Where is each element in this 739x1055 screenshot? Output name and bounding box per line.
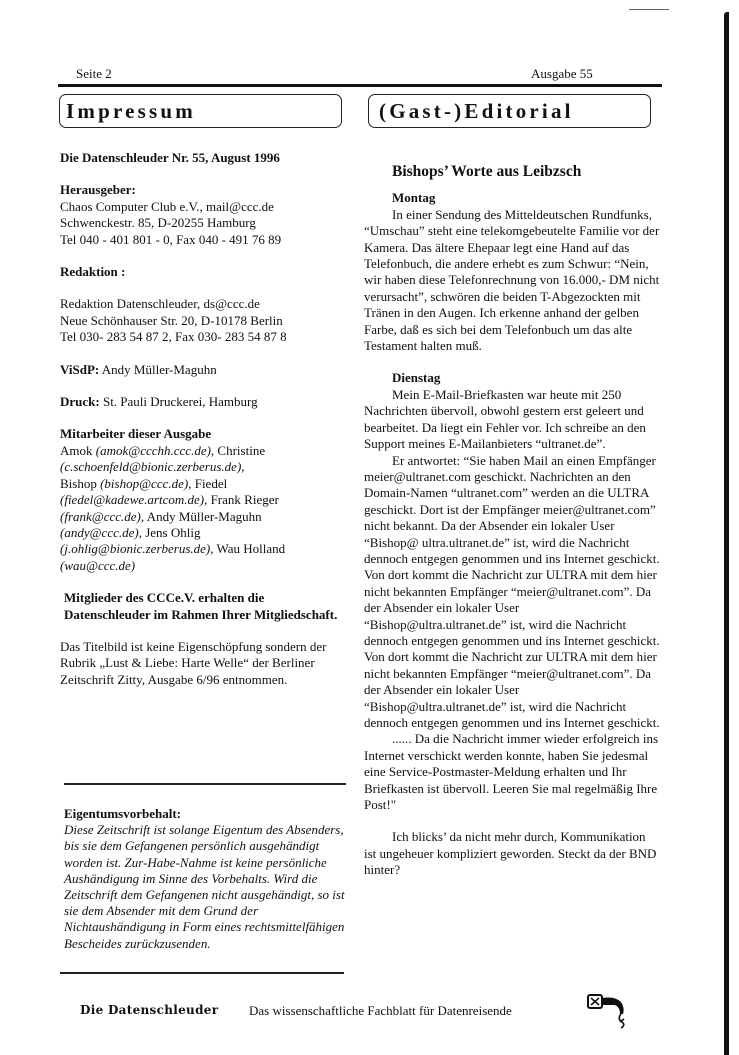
mitglieder-note: Mitglieder des CCCe.V. erhalten die Date…	[60, 590, 349, 623]
dienstag-paragraph: Er antwortet: “Sie haben Mail an einen E…	[364, 453, 660, 732]
druck-value: St. Pauli Druckerei, Hamburg	[100, 394, 258, 409]
contributor-name: Christine	[217, 443, 265, 458]
mitarbeiter-label: Mitarbeiter dieser Ausgabe	[60, 426, 350, 442]
issue-line: Die Datenschleuder Nr. 55, August 1996	[60, 150, 350, 166]
montag-heading: Montag	[392, 190, 660, 206]
editorial-title-box: (Gast-)Editorial	[368, 94, 651, 128]
contributor-name: Frank Rieger	[211, 492, 279, 507]
contributor-name: Andy Müller-Maguhn	[147, 509, 262, 524]
article-title: Bishops’ Worte aus Leibzsch	[392, 164, 660, 180]
contributor-name: Amok	[60, 443, 96, 458]
dienstag-paragraph: ...... Da die Nachricht immer wieder erf…	[364, 731, 660, 813]
contributor-email[interactable]: (wau@ccc.de)	[60, 558, 135, 573]
visdp-label: ViSdP:	[60, 362, 99, 377]
contributor-name: Fiedel	[195, 476, 228, 491]
contributor-name: Bishop	[60, 476, 100, 491]
dienstag-paragraph: Mein E-Mail-Briefkasten war heute mit 25…	[364, 387, 660, 453]
contributor-email[interactable]: (frank@ccc.de)	[60, 509, 141, 524]
contributor-email[interactable]: (andy@ccc.de)	[60, 525, 139, 540]
dienstag-heading: Dienstag	[392, 370, 660, 386]
divider-rule	[64, 783, 346, 785]
editorial-column: Bishops’ Worte aus Leibzsch Montag In ei…	[364, 150, 660, 879]
eigentum-text: Diese Zeitschrift ist solange Eigentum d…	[64, 822, 348, 952]
footer-logo: Die Datenschleuder	[80, 1003, 218, 1017]
visdp-value: Andy Müller-Maguhn	[99, 362, 216, 377]
herausgeber-label: Herausgeber:	[60, 182, 350, 198]
footer-tagline: Das wissenschaftliche Fachblatt für Date…	[249, 1003, 512, 1019]
mitarbeiter-list: Amok (amok@ccchh.ccc.de), Christine (c.s…	[60, 443, 330, 574]
eigentum-label: Eigentumsvorbehalt:	[64, 806, 348, 822]
druck-line: Druck: St. Pauli Druckerei, Hamburg	[60, 394, 350, 410]
header-rule	[58, 84, 662, 87]
herausgeber-line: Tel 040 - 401 801 - 0, Fax 040 - 491 76 …	[60, 232, 350, 248]
issue-number: Ausgabe 55	[531, 66, 593, 82]
scan-mark	[629, 9, 669, 10]
impressum-column: Die Datenschleuder Nr. 55, August 1996 H…	[60, 150, 350, 688]
contributor-name: Jens Ohlig	[145, 525, 200, 540]
contributor-email[interactable]: (amok@ccchh.ccc.de)	[96, 443, 211, 458]
page-number: Seite 2	[76, 66, 112, 82]
divider-rule	[60, 972, 344, 974]
herausgeber-line: Schwenckestr. 85, D-20255 Hamburg	[60, 215, 350, 231]
chaos-knot-logo-icon	[587, 992, 635, 1032]
herausgeber-line: Chaos Computer Club e.V., mail@ccc.de	[60, 199, 350, 215]
druck-label: Druck:	[60, 394, 100, 409]
eigentumsvorbehalt-block: Eigentumsvorbehalt: Diese Zeitschrift is…	[64, 806, 348, 952]
redaktion-line: Neue Schönhauser Str. 20, D-10178 Berlin	[60, 313, 350, 329]
contributor-email[interactable]: (bishop@ccc.de)	[100, 476, 188, 491]
contributor-email[interactable]: (fiedel@kadewe.artcom.de)	[60, 492, 204, 507]
redaktion-label: Redaktion :	[60, 264, 350, 280]
contributor-email[interactable]: (j.ohlig@bionic.zerberus.de)	[60, 541, 210, 556]
closing-paragraph: Ich blicks’ da nicht mehr durch, Kommuni…	[364, 829, 660, 878]
visdp-line: ViSdP: Andy Müller-Maguhn	[60, 362, 350, 378]
contributor-name: Wau Holland	[217, 541, 286, 556]
impressum-title-box: Impressum	[59, 94, 342, 128]
redaktion-line: Redaktion Datenschleuder, ds@ccc.de	[60, 296, 350, 312]
montag-paragraph: In einer Sendung des Mitteldeutschen Run…	[364, 207, 660, 355]
page-edge-border	[724, 12, 729, 1055]
titelbild-note: Das Titelbild ist keine Eigenschöpfung s…	[60, 639, 342, 688]
contributor-email[interactable]: (c.schoenfeld@bionic.zerberus.de)	[60, 459, 241, 474]
redaktion-line: Tel 030- 283 54 87 2, Fax 030- 283 54 87…	[60, 329, 350, 345]
